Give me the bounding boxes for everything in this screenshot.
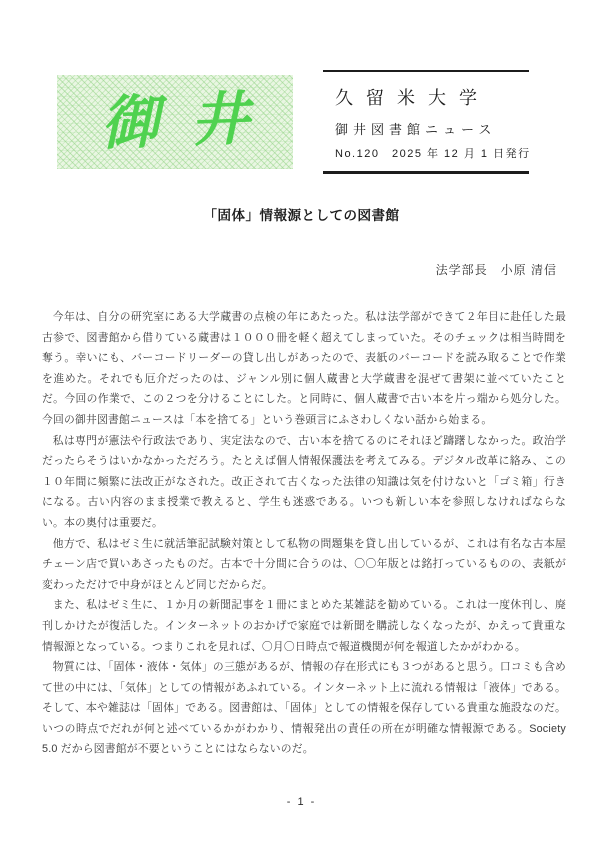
newsletter-name: 御井図書館ニュース bbox=[335, 119, 529, 138]
mii-logo-calligraphy: 御井 bbox=[68, 89, 282, 154]
article-author: 法学部長 小原 清信 bbox=[436, 261, 557, 278]
paragraph-5: 物質には、「固体・液体・気体」の三態があるが、情報の存在形式にも３つがあると思う… bbox=[42, 657, 566, 760]
paragraph-1: 今年は、自分の研究室にある大学蔵書の点検の年にあたった。私は法学部ができて２年目… bbox=[42, 307, 566, 431]
university-name: 久留米大学 bbox=[335, 84, 529, 110]
article-body: 今年は、自分の研究室にある大学蔵書の点検の年にあたった。私は法学部ができて２年目… bbox=[42, 307, 566, 760]
paragraph-3: 他方で、私はゼミ生に就活筆記試験対策として私物の問題集を貸し出しているが、これは… bbox=[42, 534, 566, 596]
paragraph-4: また、私はゼミ生に、１か月の新聞記事を１冊にまとめた某雑誌を勧めている。これは一… bbox=[42, 595, 566, 657]
page-number: - 1 - bbox=[0, 796, 603, 808]
issue-number-and-date: No.120 2025 年 12 月 1 日発行 bbox=[335, 145, 529, 161]
mii-library-logo: 御井 bbox=[57, 75, 293, 169]
article-title: 「固体」情報源としての図書館 bbox=[0, 204, 603, 224]
masthead: 久留米大学 御井図書館ニュース No.120 2025 年 12 月 1 日発行 bbox=[323, 70, 529, 174]
paragraph-2: 私は専門が憲法や行政法であり、実定法なので、古い本を捨てるのにそれほど躊躇しなか… bbox=[42, 431, 566, 534]
